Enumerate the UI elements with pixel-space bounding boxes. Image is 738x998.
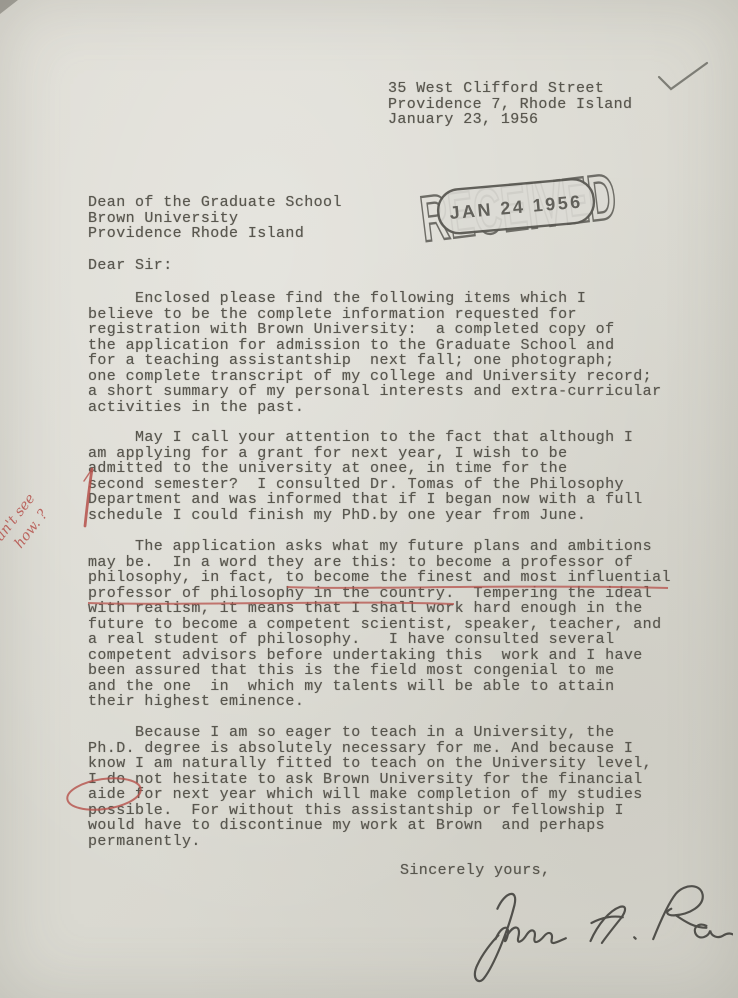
received-stamp-word: RECEIVED bbox=[416, 159, 619, 255]
signature-stroke-ames bbox=[496, 928, 566, 943]
letter-page: 35 West Clifford Street Providence 7, Rh… bbox=[0, 0, 738, 998]
signature-stroke-r-leg bbox=[676, 915, 706, 927]
paragraph-financial-aid: Because I am so eager to teach in a Univ… bbox=[88, 725, 652, 849]
salutation: Dear Sir: bbox=[88, 258, 173, 274]
stamp-date: JAN 24 1956 bbox=[449, 191, 584, 223]
signature-stroke-oss bbox=[695, 925, 733, 938]
paragraph-admission-request: May I call your attention to the fact th… bbox=[88, 430, 643, 523]
closing-line: Sincerely yours, bbox=[400, 863, 550, 879]
signature-stroke-j bbox=[475, 894, 515, 981]
paragraph-ambitions: The application asks what my future plan… bbox=[88, 539, 671, 710]
marginal-note-line2: how. ? bbox=[12, 506, 52, 551]
received-stamp: RECEIVED JAN 24 1956 bbox=[408, 150, 628, 262]
signature-stroke-period bbox=[634, 937, 635, 938]
stamp-date-box bbox=[436, 178, 595, 235]
checkmark-icon bbox=[659, 63, 707, 89]
marginal-note-line1: can't see bbox=[0, 491, 38, 550]
sender-address-block: 35 West Clifford Street Providence 7, Rh… bbox=[388, 81, 632, 128]
signature-stroke-f bbox=[591, 906, 626, 942]
recipient-address-block: Dean of the Graduate School Brown Univer… bbox=[88, 195, 342, 242]
signature-stroke-f-bar bbox=[591, 917, 622, 923]
signature: James F. Ross bbox=[448, 880, 733, 985]
paragraph-enclosures: Enclosed please find the following items… bbox=[88, 291, 662, 415]
signature-stroke-r bbox=[653, 886, 703, 939]
red-marginal-note: can't see how. ? bbox=[0, 438, 80, 588]
scan-corner-shadow bbox=[0, 0, 18, 14]
